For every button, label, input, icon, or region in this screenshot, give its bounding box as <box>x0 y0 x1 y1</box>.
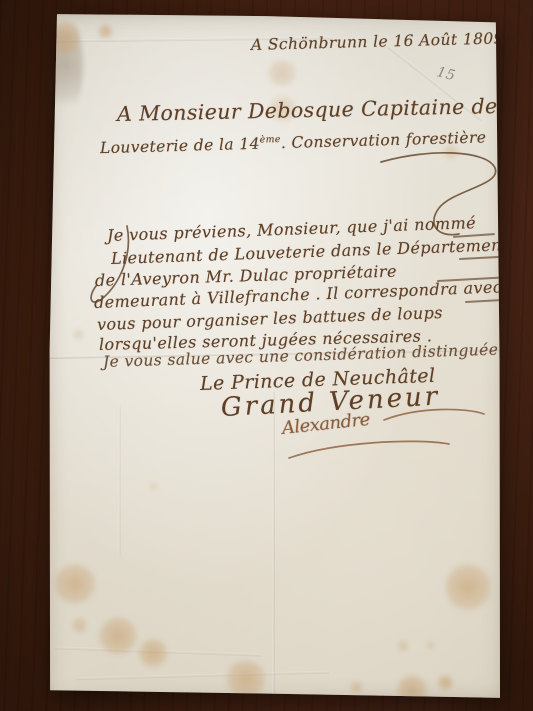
wrinkle <box>75 671 329 681</box>
stain <box>348 682 365 693</box>
stain <box>53 562 97 606</box>
stain <box>72 616 87 635</box>
stain <box>395 674 429 706</box>
wrinkle <box>55 646 262 656</box>
recipient-line-2-rest: . Conservation forestière <box>281 128 487 152</box>
recipient-ordinal-superscript: ème <box>260 134 281 146</box>
signature-underline-flourish <box>285 436 455 462</box>
stain <box>437 674 454 691</box>
photo-background: A Schönbrunn le 16 Août 1809. 15 A Monsi… <box>0 0 533 711</box>
stain <box>149 482 158 491</box>
paper-sheet: A Schönbrunn le 16 Août 1809. 15 A Monsi… <box>45 12 506 702</box>
recipient-line-2: Louveterie de la 14ème. Conservation for… <box>100 128 487 157</box>
pencil-page-number: 15 <box>435 64 457 84</box>
stain <box>137 638 169 668</box>
ink-dash <box>465 299 501 303</box>
fold-crease <box>272 392 275 702</box>
stain <box>97 24 114 39</box>
stain <box>73 328 84 341</box>
stain <box>223 660 269 698</box>
ink-dash <box>459 256 499 260</box>
fold-crease <box>118 407 121 557</box>
stain <box>426 641 435 650</box>
recipient-line-2-text: Louveterie de la 14 <box>100 135 260 157</box>
stain <box>445 560 491 614</box>
stain <box>47 12 83 117</box>
dateline: A Schönbrunn le 16 Août 1809. <box>251 29 510 54</box>
letter-paper: A Schönbrunn le 16 Août 1809. 15 A Monsi… <box>45 12 506 702</box>
stain <box>265 60 299 86</box>
stain <box>97 616 139 656</box>
stain <box>51 16 79 60</box>
stain <box>397 640 409 652</box>
recipient-line-1: A Monsieur Debosque Capitaine de <box>117 94 498 126</box>
